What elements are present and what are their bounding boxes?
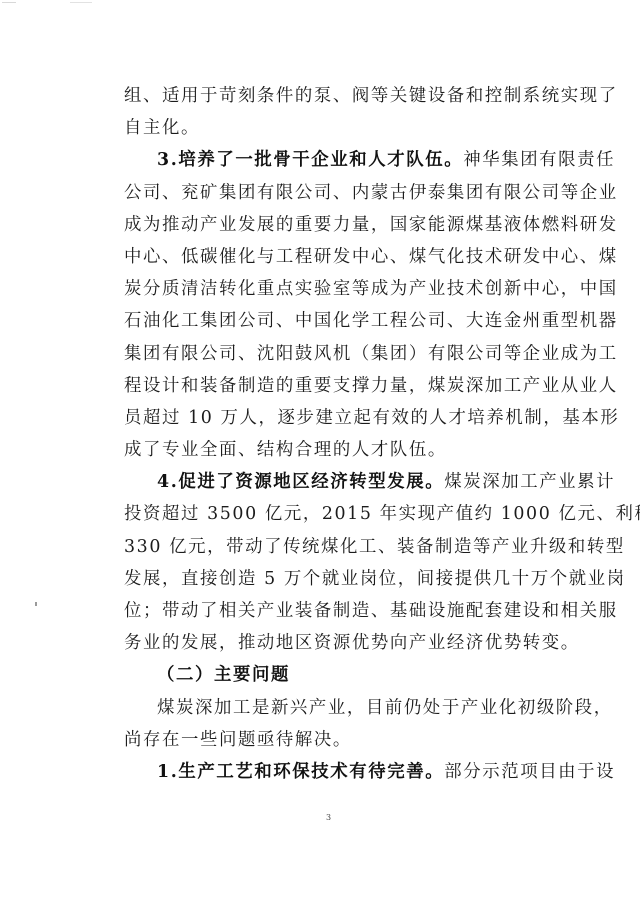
paragraph-lead-heading: 3.培养了一批骨干企业和人才队伍。 bbox=[157, 150, 463, 170]
text-line: 炭分质清洁转化重点实验室等成为产业技术创新中心，中国 bbox=[124, 273, 544, 305]
text-line: 位；带动了相关产业装备制造、基础设施配套建设和相关服 bbox=[124, 595, 544, 627]
text-line: 投资超过 3500 亿元，2015 年实现产值约 1000 亿元、利税约 bbox=[124, 498, 544, 530]
text-line: 中心、低碳催化与工程研发中心、煤气化技术研发中心、煤 bbox=[124, 241, 544, 273]
text-line: 石油化工集团公司、中国化学工程公司、大连金州重型机器 bbox=[124, 305, 544, 337]
page-number: 3 bbox=[326, 812, 331, 824]
text-line: 组、适用于苛刻条件的泵、阀等关键设备和控制系统实现了 bbox=[124, 80, 544, 112]
numbered-paragraph-line: 1.生产工艺和环保技术有待完善。部分示范项目由于设 bbox=[124, 756, 544, 788]
text-line: 自主化。 bbox=[124, 112, 544, 144]
text-line: 公司、兖矿集团有限公司、内蒙古伊泰集团有限公司等企业 bbox=[124, 177, 544, 209]
numbered-paragraph-line: 4.促进了资源地区经济转型发展。煤炭深加工产业累计 bbox=[124, 466, 544, 498]
text-line: 程设计和装备制造的重要支撑力量，煤炭深加工产业从业人 bbox=[124, 370, 544, 402]
paragraph-text: 神华集团有限责任 bbox=[463, 150, 615, 170]
text-line: 成为推动产业发展的重要力量，国家能源煤基液体燃料研发 bbox=[124, 209, 544, 241]
scan-artifact bbox=[2, 2, 16, 3]
text-line: 发展，直接创造 5 万个就业岗位，间接提供几十万个就业岗 bbox=[124, 563, 544, 595]
paragraph-lead-heading: 1.生产工艺和环保技术有待完善。 bbox=[157, 762, 444, 782]
text-line: 尚存在一些问题亟待解决。 bbox=[124, 724, 544, 756]
numbered-paragraph-line: 3.培养了一批骨干企业和人才队伍。神华集团有限责任 bbox=[124, 144, 544, 176]
margin-mark bbox=[35, 602, 37, 606]
text-line: 成了专业全面、结构合理的人才队伍。 bbox=[124, 434, 544, 466]
text-line: 员超过 10 万人，逐步建立起有效的人才培养机制，基本形 bbox=[124, 402, 544, 434]
paragraph-lead-heading: 4.促进了资源地区经济转型发展。 bbox=[157, 472, 444, 492]
text-line: 务业的发展，推动地区资源优势向产业经济优势转变。 bbox=[124, 627, 544, 659]
text-line: 煤炭深加工是新兴产业，目前仍处于产业化初级阶段， bbox=[124, 692, 544, 724]
scan-artifact bbox=[70, 2, 92, 3]
paragraph-text: 部分示范项目由于设 bbox=[444, 762, 615, 782]
paragraph-text: 煤炭深加工产业累计 bbox=[444, 472, 615, 492]
document-body: 组、适用于苛刻条件的泵、阀等关键设备和控制系统实现了 自主化。 3.培养了一批骨… bbox=[124, 80, 544, 788]
text-line: 集团有限公司、沈阳鼓风机（集团）有限公司等企业成为工 bbox=[124, 338, 544, 370]
section-heading: （二）主要问题 bbox=[124, 659, 544, 691]
text-line: 330 亿元，带动了传统煤化工、装备制造等产业升级和转型 bbox=[124, 531, 544, 563]
